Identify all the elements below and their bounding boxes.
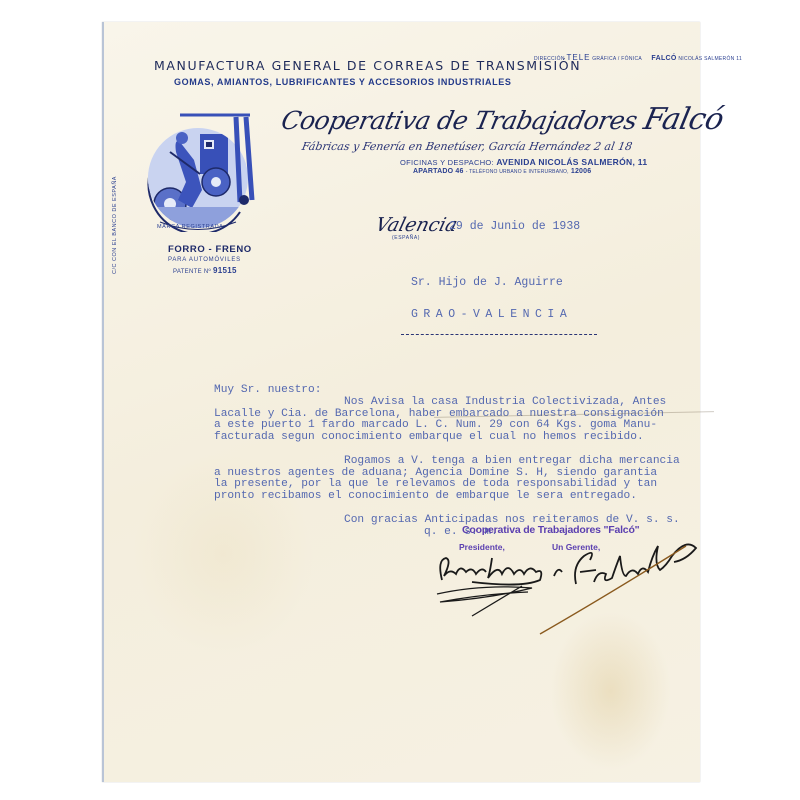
telegraph-address-small: NICOLÁS SALMERÓN 11 xyxy=(678,56,742,62)
products-line: GOMAS, AMIANTOS, LUBRIFICANTES Y ACCESOR… xyxy=(174,77,511,87)
telegraph-name: FALCÓ xyxy=(651,55,676,62)
letter-sheet: MANUFACTURA GENERAL DE CORREAS DE TRANSM… xyxy=(102,22,700,782)
factories-line: Fábricas y Fenería en Benetúser, García … xyxy=(301,140,633,153)
president-signature-icon xyxy=(432,550,552,620)
offices-label: OFICINAS Y DESPACHO: xyxy=(400,158,494,167)
telegraph-label-small2: GRÁFICA / FÓNICA xyxy=(592,56,642,62)
manager-signature-icon xyxy=(536,526,706,636)
city-script: Valencia xyxy=(373,214,459,236)
address-underline xyxy=(401,334,597,335)
apartado-number: APARTADO 46 xyxy=(413,168,464,175)
country-label: (ESPAÑA) xyxy=(392,235,420,241)
cooperative-name: Cooperativa de Trabajadores Falcó xyxy=(278,102,726,137)
patent-number: 91515 xyxy=(213,266,237,275)
addressee-name: Sr. Hijo de J. Aguirre xyxy=(411,276,563,289)
apartado-line: APARTADO 46 - TELÉFONO URBANO E INTERURB… xyxy=(413,168,591,175)
emblem-arc-text: MARCA REGISTRADA xyxy=(157,224,223,230)
emblem-illustration-icon xyxy=(140,112,270,232)
paragraph-1-line-4: facturada segun conocimiento embarque el… xyxy=(214,432,680,444)
paragraph-2-line-1: Rogamos a V. tenga a bien entregar dicha… xyxy=(214,456,680,468)
letter-body: Muy Sr. nuestro: Nos Avisa la casa Indus… xyxy=(214,385,680,538)
bank-note: C/C CON EL BANCO DE ESPAÑA xyxy=(112,176,118,274)
phone-number: 12006 xyxy=(571,168,591,175)
telegraph-label-small: DIRECCIÓN xyxy=(534,56,565,62)
emblem-patent: PATENTE Nº 91515 xyxy=(173,266,237,275)
letter-date: 29 de Junio de 1938 xyxy=(449,220,580,233)
telegraph-label-big: TELE xyxy=(566,53,590,62)
paragraph-2-line-4: pronto recibamos el conocimiento de emba… xyxy=(214,491,680,503)
cooperative-surname: Falcó xyxy=(641,102,727,137)
offices-line: OFICINAS Y DESPACHO: AVENIDA NICOLÁS SAL… xyxy=(400,157,647,167)
emblem-product: FORRO - FRENO xyxy=(168,244,252,255)
company-title: MANUFACTURA GENERAL DE CORREAS DE TRANSM… xyxy=(154,58,581,73)
emblem-product-use: PARA AUTOMÓVILES xyxy=(168,257,241,263)
addressee-city: GRAO-VALENCIA xyxy=(411,308,572,321)
paragraph-gap xyxy=(214,444,680,456)
paragraph-gap xyxy=(214,503,680,515)
telegraph-address: DIRECCIÓN TELE GRÁFICA / FÓNICA FALCÓ NI… xyxy=(534,53,742,62)
cooperative-name-text: Cooperativa de Trabajadores xyxy=(279,106,640,135)
patent-label: PATENTE Nº xyxy=(173,269,211,275)
offices-address: AVENIDA NICOLÁS SALMERÓN, 11 xyxy=(496,157,647,167)
paragraph-1-line-1: Nos Avisa la casa Industria Colectivizad… xyxy=(214,397,680,409)
phone-label: TELÉFONO URBANO E INTERURBANO, xyxy=(469,169,569,175)
